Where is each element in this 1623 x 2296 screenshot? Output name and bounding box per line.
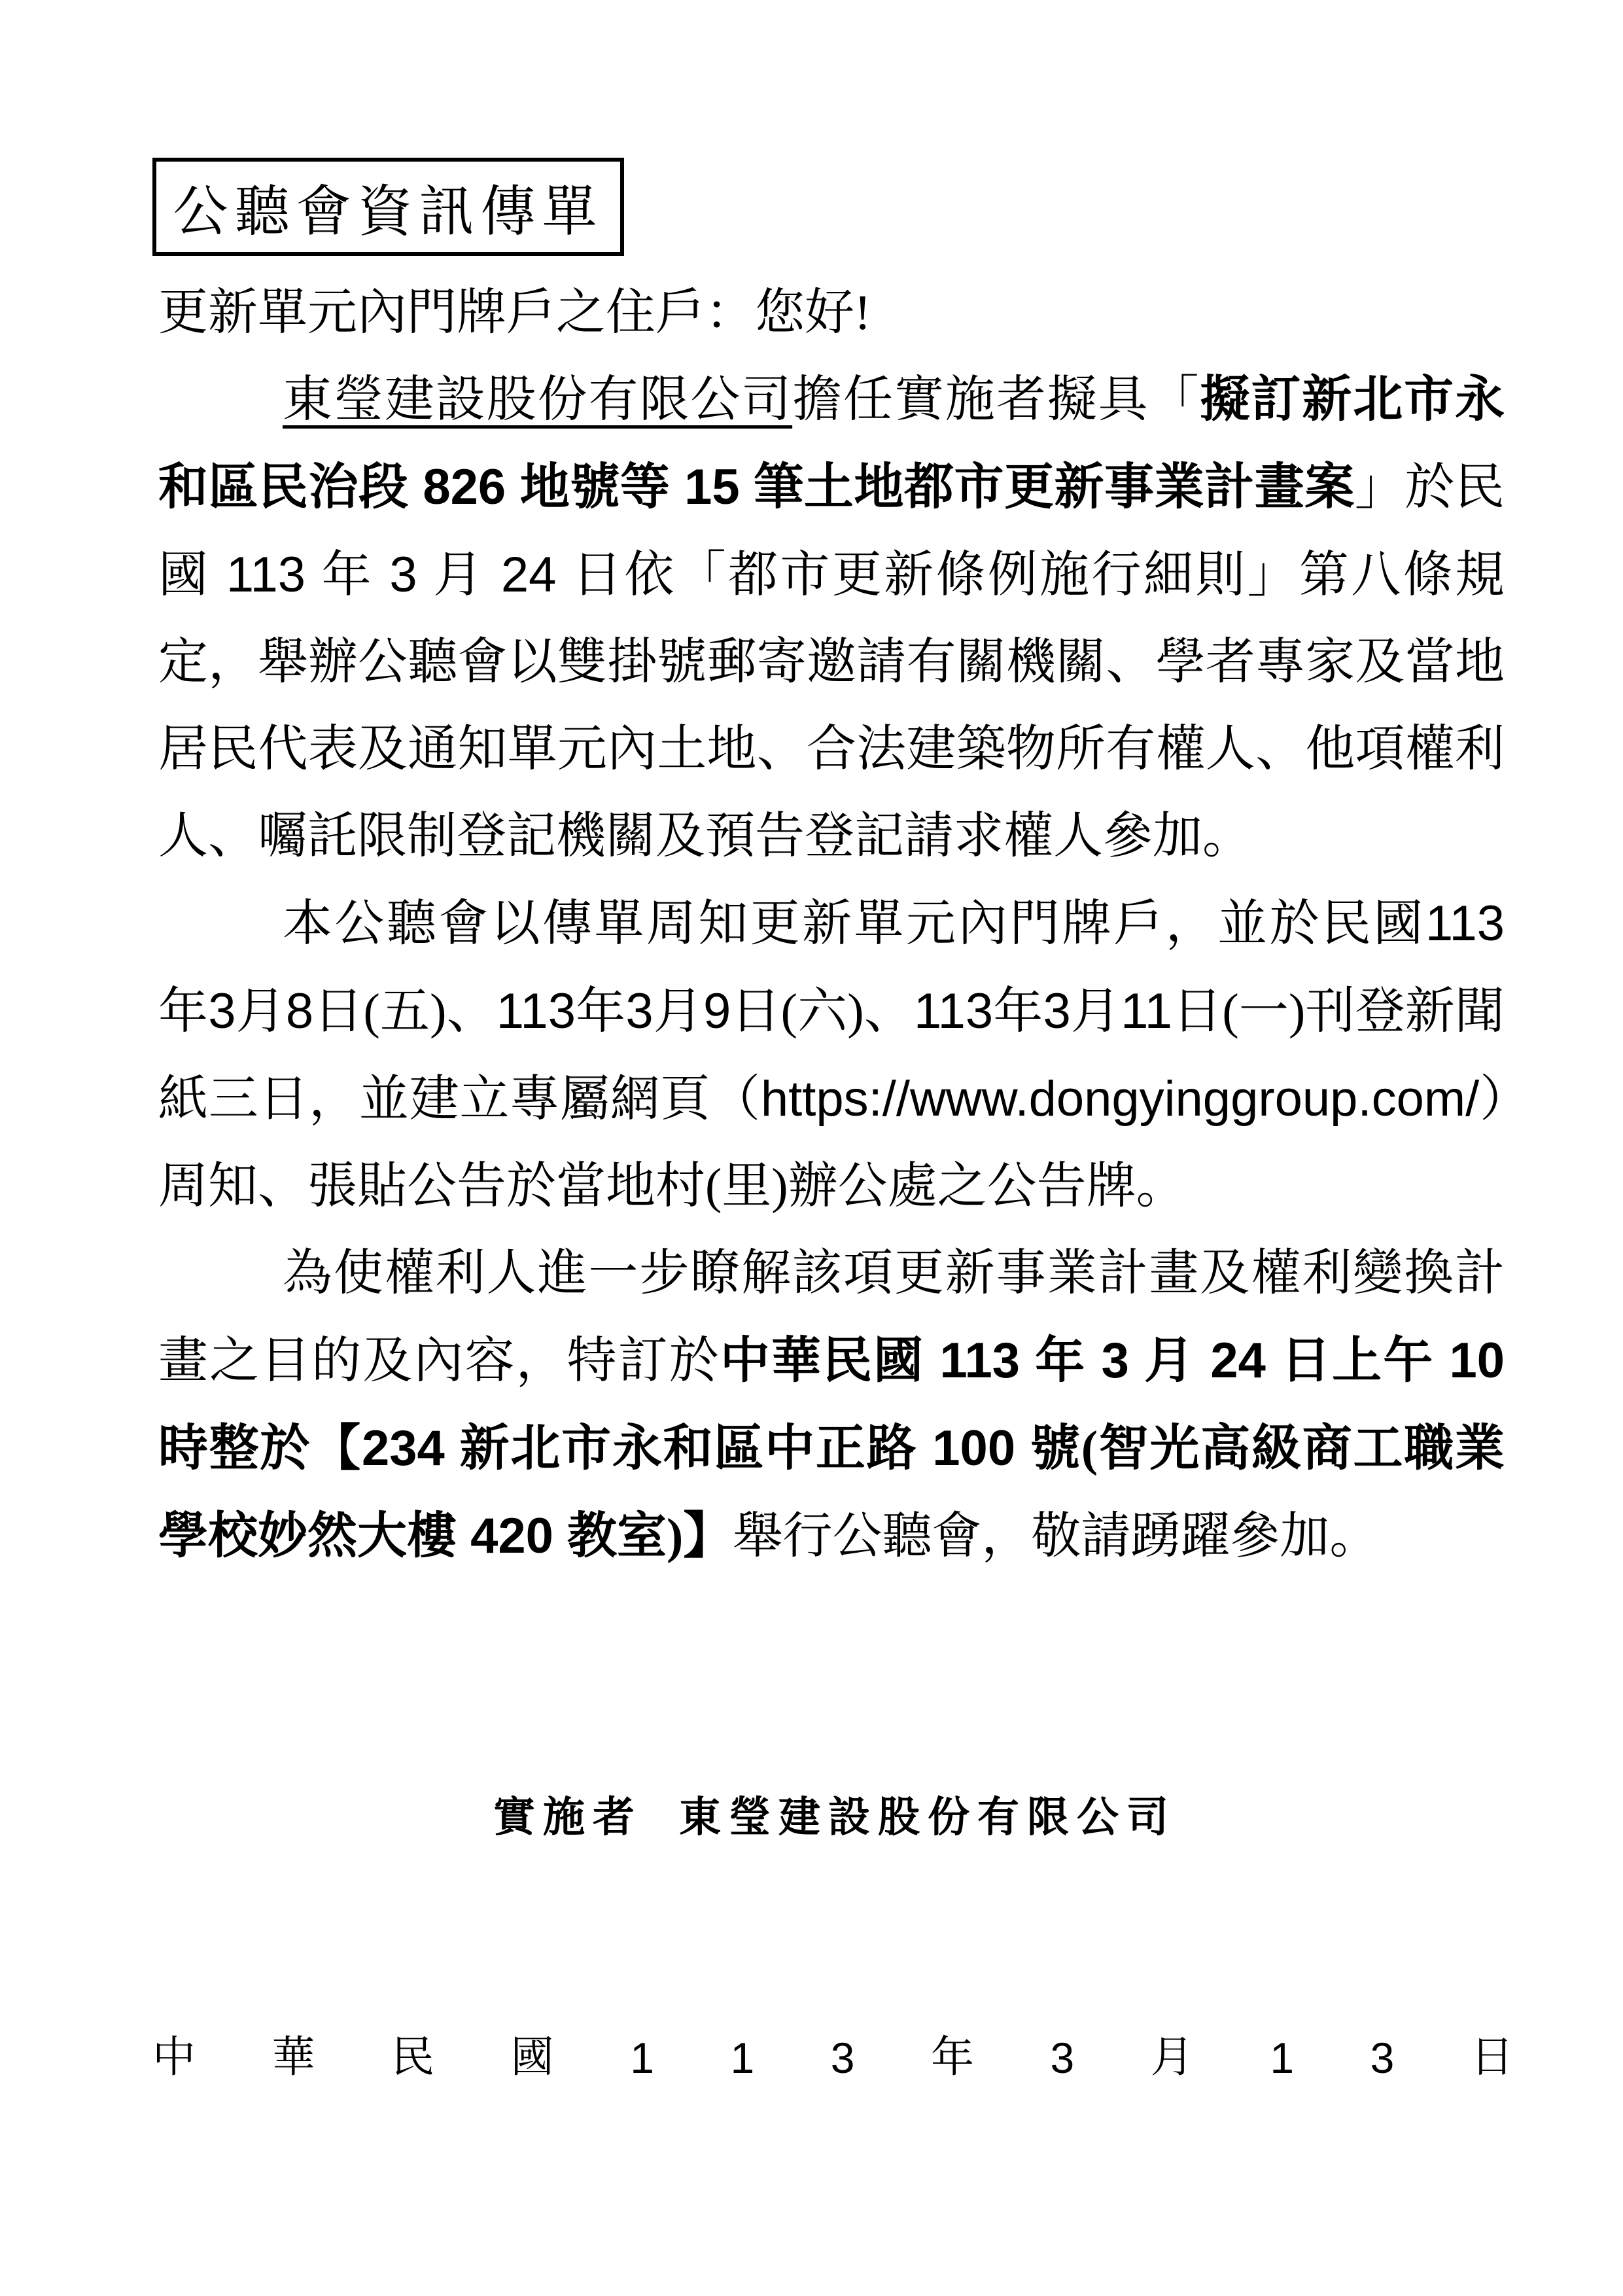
date-char: 1 xyxy=(1270,2036,1294,2079)
text-segment: 新北市永和區中正路 xyxy=(460,1421,918,1476)
implementer-company-inline: 東瑩建設股份有限公司 xyxy=(283,372,792,427)
text-segment: 100 xyxy=(917,1421,1030,1476)
text-segment: 擔任實施者擬具「 xyxy=(792,372,1200,427)
text-segment: 舉行公聽會，敬請踴躍參加。 xyxy=(733,1509,1379,1564)
text-segment: 年 xyxy=(321,548,373,603)
date-char: 中 xyxy=(152,2036,196,2079)
text-segment: 113 xyxy=(497,983,576,1039)
date-char: 1 xyxy=(630,2036,654,2079)
text-segment: 24 xyxy=(1195,1333,1281,1388)
document-body: 更新單元內門牌戶之住戶：您好! 東瑩建設股份有限公司擔任實施者擬具「擬訂新北市永… xyxy=(158,270,1505,1580)
roc-date-line: 中華民國113年3月13日 xyxy=(152,2036,1514,2079)
date-char: 國 xyxy=(511,2036,554,2079)
implementer-company: 東瑩建設股份有限公司 xyxy=(679,1793,1176,1843)
paragraph-implementer-plan: 東瑩建設股份有限公司擔任實施者擬具「擬訂新北市永和區民治段 826 地號等 15… xyxy=(158,357,1505,880)
project-url: https://www.dongyinggroup.com/ xyxy=(761,1071,1479,1127)
paragraph-notification: 本公聽會以傳單周知更新單元內門牌戶，並於民國113年3月8日(五)、113年3月… xyxy=(158,880,1505,1230)
text-segment: 月 xyxy=(236,984,285,1039)
text-segment: 113 xyxy=(924,1333,1035,1388)
text-segment: 年 xyxy=(993,984,1043,1039)
text-segment: 月 xyxy=(433,548,485,603)
text-segment: 3 xyxy=(208,983,236,1039)
text-segment: 10 xyxy=(1434,1333,1505,1388)
text-segment: 420 xyxy=(457,1508,567,1564)
text-segment: 月 xyxy=(1071,984,1121,1039)
text-segment: 日(五)、 xyxy=(313,984,497,1039)
text-segment: 11 xyxy=(1121,983,1172,1039)
text-segment: 地號等 xyxy=(520,460,671,515)
date-char: 3 xyxy=(1051,2036,1075,2079)
date-char: 3 xyxy=(1370,2036,1395,2079)
text-segment: 教室)】 xyxy=(567,1509,733,1564)
text-segment: 3 xyxy=(1043,983,1070,1039)
text-segment: 234 xyxy=(362,1421,460,1476)
text-segment: 時整於【 xyxy=(158,1421,362,1476)
text-segment: 本公聽會以傳單周知更新單元內門牌戶，並於民國 xyxy=(283,896,1425,951)
implementer-label: 實施者 xyxy=(493,1793,642,1843)
text-segment: 月 xyxy=(1144,1333,1195,1388)
date-char: 年 xyxy=(931,2036,974,2079)
text-segment: 24 xyxy=(485,547,572,603)
text-segment: 年 xyxy=(1035,1333,1086,1388)
text-segment: 日上午 xyxy=(1281,1333,1434,1388)
date-char: 民 xyxy=(391,2036,434,2079)
date-char: 日 xyxy=(1471,2036,1514,2079)
paragraph-hearing-details: 為使權利人進一步瞭解該項更新事業計畫及權利變換計畫之目的及內容，特訂於中華民國 … xyxy=(158,1230,1505,1580)
text-segment: 中華民國 xyxy=(720,1333,924,1388)
text-segment: 9 xyxy=(703,983,731,1039)
text-segment: 筆土地都市更新事業計畫案 xyxy=(754,460,1355,515)
text-segment: 年 xyxy=(158,984,208,1039)
text-segment: 3 xyxy=(625,983,653,1039)
text-segment: 3 xyxy=(374,547,433,603)
title-box: 公聽會資訊傳單 xyxy=(152,158,624,256)
closing-signature: 實施者 東瑩建設股份有限公司 xyxy=(493,1793,1176,1843)
flyer-page: 公聽會資訊傳單 更新單元內門牌戶之住戶：您好! 東瑩建設股份有限公司擔任實施者擬… xyxy=(0,0,1623,2296)
text-segment: 月 xyxy=(654,984,703,1039)
date-char: 3 xyxy=(831,2036,855,2079)
date-char: 1 xyxy=(730,2036,754,2079)
text-segment: 113 xyxy=(210,547,321,603)
page-title: 公聽會資訊傳單 xyxy=(173,168,603,247)
text-segment: 日(六)、 xyxy=(731,984,914,1039)
text-segment: 8 xyxy=(286,983,313,1039)
text-segment: 113 xyxy=(914,983,993,1039)
text-segment: 113 xyxy=(1425,896,1505,951)
text-segment: 15 xyxy=(671,459,754,515)
date-char: 月 xyxy=(1151,2036,1194,2079)
text-segment: 3 xyxy=(1086,1333,1144,1388)
date-char: 華 xyxy=(272,2036,315,2079)
salutation-line: 更新單元內門牌戶之住戶：您好! xyxy=(158,270,1505,357)
text-segment: 826 xyxy=(409,459,520,515)
text-segment: 年 xyxy=(576,984,625,1039)
